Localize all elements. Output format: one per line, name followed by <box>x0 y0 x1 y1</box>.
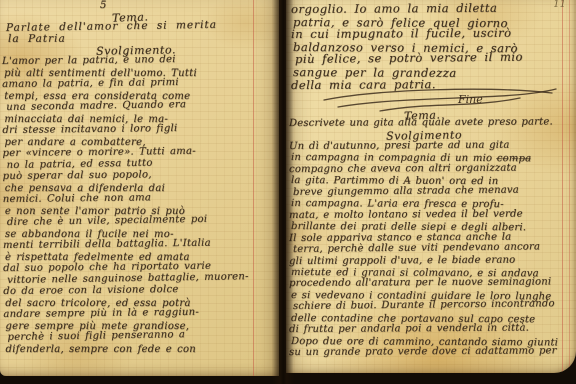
essay2-title: Descrivete una gita alla quale avete pre… <box>289 119 553 129</box>
handwritten-line: terra, perchè dalle sue viti pendevano a… <box>293 241 561 255</box>
handwritten-line: breve giungemmo alla strada che menava <box>293 184 561 198</box>
handwritten-line: compagno che aveva con altri organizzata <box>289 162 557 175</box>
handwritten-line: dire che è un vile, specialmente poi <box>7 213 249 228</box>
handwritten-line: L'amor per la patria, è uno dei <box>2 53 244 67</box>
handwritten-line: dri stesse incitavano i loro figli <box>2 122 244 136</box>
handwritten-line: gli ultimi grappoli d'uva, e le biade er… <box>289 254 557 267</box>
page-number-left: 5 <box>100 1 106 11</box>
margin-line <box>253 0 254 376</box>
handwritten-line: in cui impugnato il fucile, uscirò <box>291 27 519 41</box>
handwritten-line: schiere di buoi. Durante il percorso inc… <box>293 298 561 312</box>
essay-continuation: orgoglio. Io amo la mia dilettapatria, e… <box>291 3 519 91</box>
handwritten-line: Parlate dell'amor che si merita <box>6 20 217 34</box>
handwritten-line: Un dì d'autunno, presi parte ad una gita <box>289 139 557 152</box>
handwritten-line: di frutta per andarla poi a venderla in … <box>289 323 557 336</box>
handwritten-line: difenderla, sempre con fede e con <box>6 343 248 355</box>
handwritten-line: Descrivete una gita alla quale avete pre… <box>289 117 553 129</box>
handwritten-line: su un grande prato verde dove ci adattam… <box>289 346 557 359</box>
fine-label: Fine <box>457 93 483 106</box>
handwritten-line: una seconda madre. Quando era <box>6 98 248 113</box>
handwritten-line: andare sempre più in là e raggiun- <box>3 306 245 320</box>
handwritten-line: nemici. Colui che non ama <box>3 191 245 205</box>
right-page: 11 orgoglio. Io amo la mia dilettapatria… <box>286 0 576 373</box>
left-page-body: L'amor per la patria, è uno deipiù alti … <box>2 55 245 355</box>
handwritten-line: mata, e molto lontano si vedea il bel ve… <box>289 208 557 221</box>
handwritten-line: procedendo all'aratura per le nuove semi… <box>289 277 557 290</box>
handwritten-line: può sperar dal suo popolo, <box>3 168 245 182</box>
handwritten-line: la Patria <box>8 33 219 45</box>
handwritten-line: perchè i suoi figli penseranno a <box>7 328 249 343</box>
fine-flourish: Fine <box>320 84 560 114</box>
notebook-photo: 5 Tema. Parlate dell'amor che si merital… <box>0 0 576 384</box>
handwritten-line: do da eroe con la visione dolce <box>3 283 245 297</box>
page-number-right: 11 <box>553 0 566 10</box>
handwritten-line: menti terribili della battaglia. L'Itali… <box>3 237 245 251</box>
margin-line <box>562 0 563 373</box>
essay-title: Parlate dell'amor che si meritala Patria <box>6 21 217 45</box>
margin-line <box>569 0 570 373</box>
left-page: 5 Tema. Parlate dell'amor che si merital… <box>0 0 279 376</box>
right-page-body: Un dì d'autunno, presi parte ad una gita… <box>289 141 557 359</box>
handwritten-line: più felice, se potrò versare il mio <box>295 51 523 66</box>
handwritten-line: amano la patria, e fin dai primi <box>2 76 244 90</box>
handwritten-line: orgoglio. Io amo la mia diletta <box>291 2 519 16</box>
